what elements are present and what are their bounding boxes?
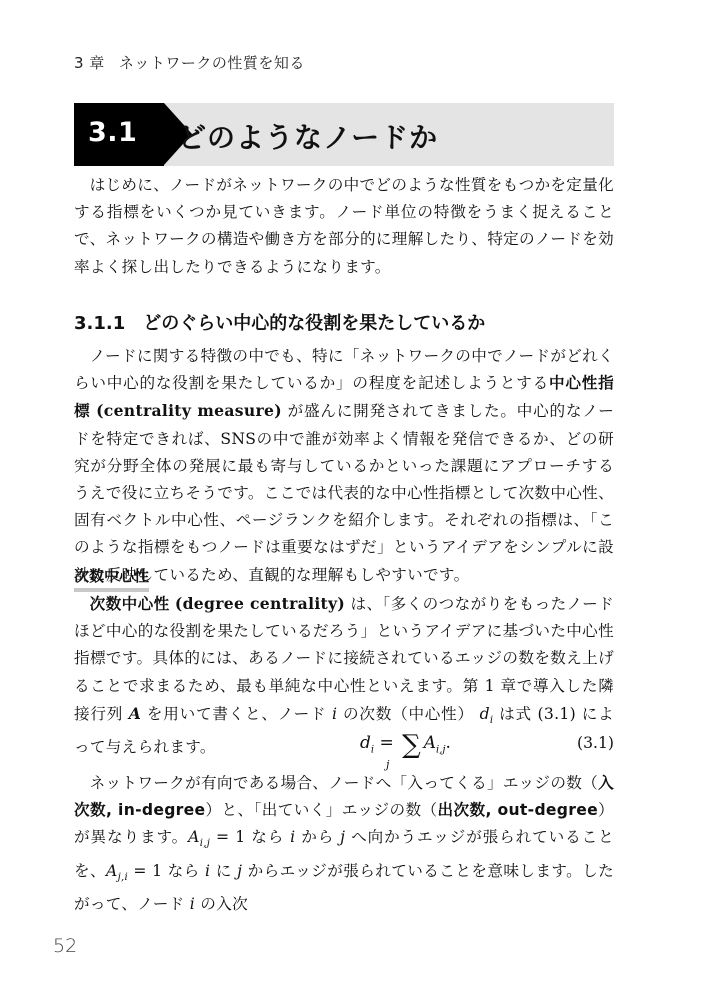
- bold-term-degree-en: (degree centrality): [175, 594, 345, 613]
- intro-paragraph: はじめに、ノードがネットワークの中でどのような性質をもつかを定量化する指標をいく…: [74, 172, 614, 281]
- degree-centrality-heading: 次数中心性: [74, 565, 149, 592]
- math-var: A: [188, 828, 200, 846]
- math-sub: j,i: [118, 872, 128, 883]
- eq-lhs-sub: i: [371, 744, 374, 755]
- bold-term-centrality-en: (centrality measure): [96, 401, 282, 420]
- subsection-title: どのぐらい中心的な役割を果たしているか: [143, 313, 485, 334]
- eq-term: A: [424, 733, 436, 753]
- paragraph-text: = 1 なら: [210, 828, 290, 846]
- eq-equals: =: [380, 733, 394, 753]
- page-number: 52: [53, 935, 77, 957]
- paragraph-text: を用いて書くと、ノード: [147, 705, 326, 723]
- equation-number: (3.1): [577, 734, 614, 752]
- math-var: A: [106, 862, 118, 880]
- math-var: d: [480, 705, 490, 723]
- paragraph-text: に: [210, 862, 237, 880]
- subsection-heading: 3.1.1どのぐらい中心的な役割を果たしているか: [74, 309, 485, 335]
- running-head: 3 章ネットワークの性質を知る: [74, 52, 305, 73]
- chapter-label: 3 章: [74, 54, 105, 72]
- summation-icon: ∑: [402, 730, 421, 760]
- paragraph-text: の次数（中心性）: [343, 705, 474, 723]
- eq-lhs: d: [360, 733, 371, 753]
- chapter-title: ネットワークの性質を知る: [119, 54, 305, 72]
- paragraph-text: が盛んに開発されてきました。中心的なノードを特定できれば、SNSの中で誰が効率よ…: [74, 402, 614, 583]
- bold-term-out-degree: 出次数, out-degree: [437, 801, 598, 819]
- section-title: どのようなノードか: [178, 116, 438, 156]
- subsection-number: 3.1.1: [74, 313, 125, 334]
- centrality-intro-paragraph: ノードに関する特徴の中でも、特に「ネットワークの中でノードがどれくらい中心的な役…: [74, 343, 614, 589]
- paragraph-text: = 1 なら: [128, 862, 205, 880]
- section-banner: 3.1 どのようなノードか: [74, 103, 614, 166]
- equation-3-1: di = ∑Ai,j. j (3.1): [74, 728, 614, 772]
- math-sub: i: [490, 715, 494, 726]
- eq-period: .: [445, 733, 450, 753]
- paragraph-text: から: [295, 828, 340, 846]
- paragraph-text: ）と、「出ていく」エッジの数（: [205, 801, 437, 819]
- directed-network-paragraph: ネットワークが有向である場合、ノードへ「入ってくる」エッジの数（入次数, in-…: [74, 770, 614, 918]
- section-number: 3.1: [88, 117, 137, 148]
- paragraph-text: ネットワークが有向である場合、ノードへ「入ってくる」エッジの数（: [90, 774, 599, 792]
- bold-term-degree: 次数中心性: [90, 595, 170, 613]
- paragraph-text: は、「多くのつながりをもったノードほど中心的な役割を果たしているだろう」というア…: [74, 595, 614, 723]
- math-sub: i,j: [200, 839, 210, 850]
- paragraph-text: ノードに関する特徴の中でも、特に「ネットワークの中でノードがどれくらい中心的な役…: [74, 347, 614, 392]
- matrix-symbol: A: [129, 704, 141, 723]
- equation-expression: di = ∑Ai,j.: [360, 730, 451, 760]
- math-var: i: [332, 705, 337, 723]
- paragraph-text: の入次: [195, 895, 248, 913]
